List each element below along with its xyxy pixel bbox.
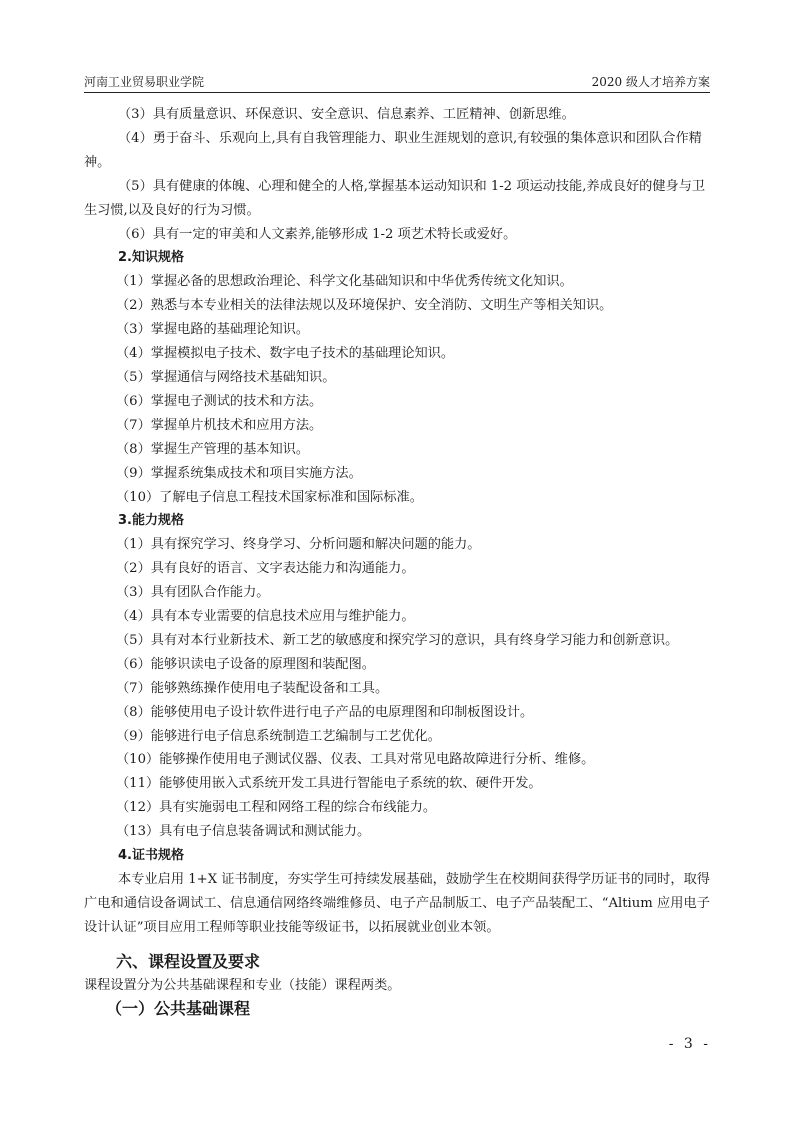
knowledge-item: （8）掌握生产管理的基本知识。 xyxy=(84,438,710,462)
knowledge-item: （1）掌握必备的思想政治理论、科学文化基础知识和中华优秀传统文化知识。 xyxy=(84,270,710,294)
ability-item: （3）具有团队合作能力。 xyxy=(84,581,710,605)
ability-heading: 3.能力规格 xyxy=(84,509,710,533)
page-number: - 3 - xyxy=(669,1036,711,1052)
subsection-title: （一）公共基础课程 xyxy=(84,997,710,1021)
certificate-paragraph: 本专业启用 1+X 证书制度，夯实学生可持续发展基础，鼓励学生在校期间获得学历证… xyxy=(84,868,710,940)
knowledge-item: （2）熟悉与本专业相关的法律法规以及环境保护、安全消防、文明生产等相关知识。 xyxy=(84,294,710,318)
ability-item: （13）具有电子信息装备调试和测试能力。 xyxy=(84,820,710,844)
ability-item: （6）能够识读电子设备的原理图和装配图。 xyxy=(84,653,710,677)
knowledge-item: （7）掌握单片机技术和应用方法。 xyxy=(84,414,710,438)
knowledge-item: （4）掌握模拟电子技术、数字电子技术的基础理论知识。 xyxy=(84,342,710,366)
ability-item: （2）具有良好的语言、文字表达能力和沟通能力。 xyxy=(84,557,710,581)
section-intro: 课程设置分为公共基础课程和专业（技能）课程两类。 xyxy=(84,975,710,997)
header-document-title: 2020 级人才培养方案 xyxy=(592,73,710,91)
knowledge-item: （5）掌握通信与网络技术基础知识。 xyxy=(84,366,710,390)
certificate-heading: 4.证书规格 xyxy=(84,844,710,868)
quality-item: （6）具有一定的审美和人文素养,能够形成 1-2 项艺术特长或爱好。 xyxy=(84,223,710,247)
section-title: 六、课程设置及要求 xyxy=(84,949,710,975)
quality-item: （3）具有质量意识、环保意识、安全意识、信息素养、工匠精神、创新思维。 xyxy=(84,103,710,127)
ability-item: （1）具有探究学习、终身学习、分析问题和解决问题的能力。 xyxy=(84,533,710,557)
knowledge-item: （6）掌握电子测试的技术和方法。 xyxy=(84,390,710,414)
ability-item: （5）具有对本行业新技术、新工艺的敏感度和探究学习的意识，具有终身学习能力和创新… xyxy=(84,629,710,653)
knowledge-item: （9）掌握系统集成技术和项目实施方法。 xyxy=(84,462,710,486)
ability-item: （4）具有本专业需要的信息技术应用与维护能力。 xyxy=(84,605,710,629)
page-content: （3）具有质量意识、环保意识、安全意识、信息素养、工匠精神、创新思维。 （4）勇… xyxy=(84,103,710,1021)
page-header: 河南工业贸易职业学院 2020 级人才培养方案 xyxy=(84,72,710,93)
quality-item: （4）勇于奋斗、乐观向上,具有自我管理能力、职业生涯规划的意识,有较强的集体意识… xyxy=(84,127,710,175)
ability-item: （10）能够操作使用电子测试仪器、仪表、工具对常见电路故障进行分析、维修。 xyxy=(84,748,710,772)
ability-item: （7）能够熟练操作使用电子装配设备和工具。 xyxy=(84,677,710,701)
ability-item: （11）能够使用嵌入式系统开发工具进行智能电子系统的软、硬件开发。 xyxy=(84,772,710,796)
knowledge-item: （10）了解电子信息工程技术国家标准和国际标准。 xyxy=(84,486,710,510)
quality-item: （5）具有健康的体魄、心理和健全的人格,掌握基本运动知识和 1-2 项运动技能,… xyxy=(84,175,710,223)
ability-item: （12）具有实施弱电工程和网络工程的综合布线能力。 xyxy=(84,796,710,820)
header-institution: 河南工业贸易职业学院 xyxy=(84,73,204,91)
ability-item: （9）能够进行电子信息系统制造工艺编制与工艺优化。 xyxy=(84,725,710,749)
ability-item: （8）能够使用电子设计软件进行电子产品的电原理图和印制板图设计。 xyxy=(84,701,710,725)
knowledge-item: （3）掌握电路的基础理论知识。 xyxy=(84,318,710,342)
knowledge-heading: 2.知识规格 xyxy=(84,246,710,270)
